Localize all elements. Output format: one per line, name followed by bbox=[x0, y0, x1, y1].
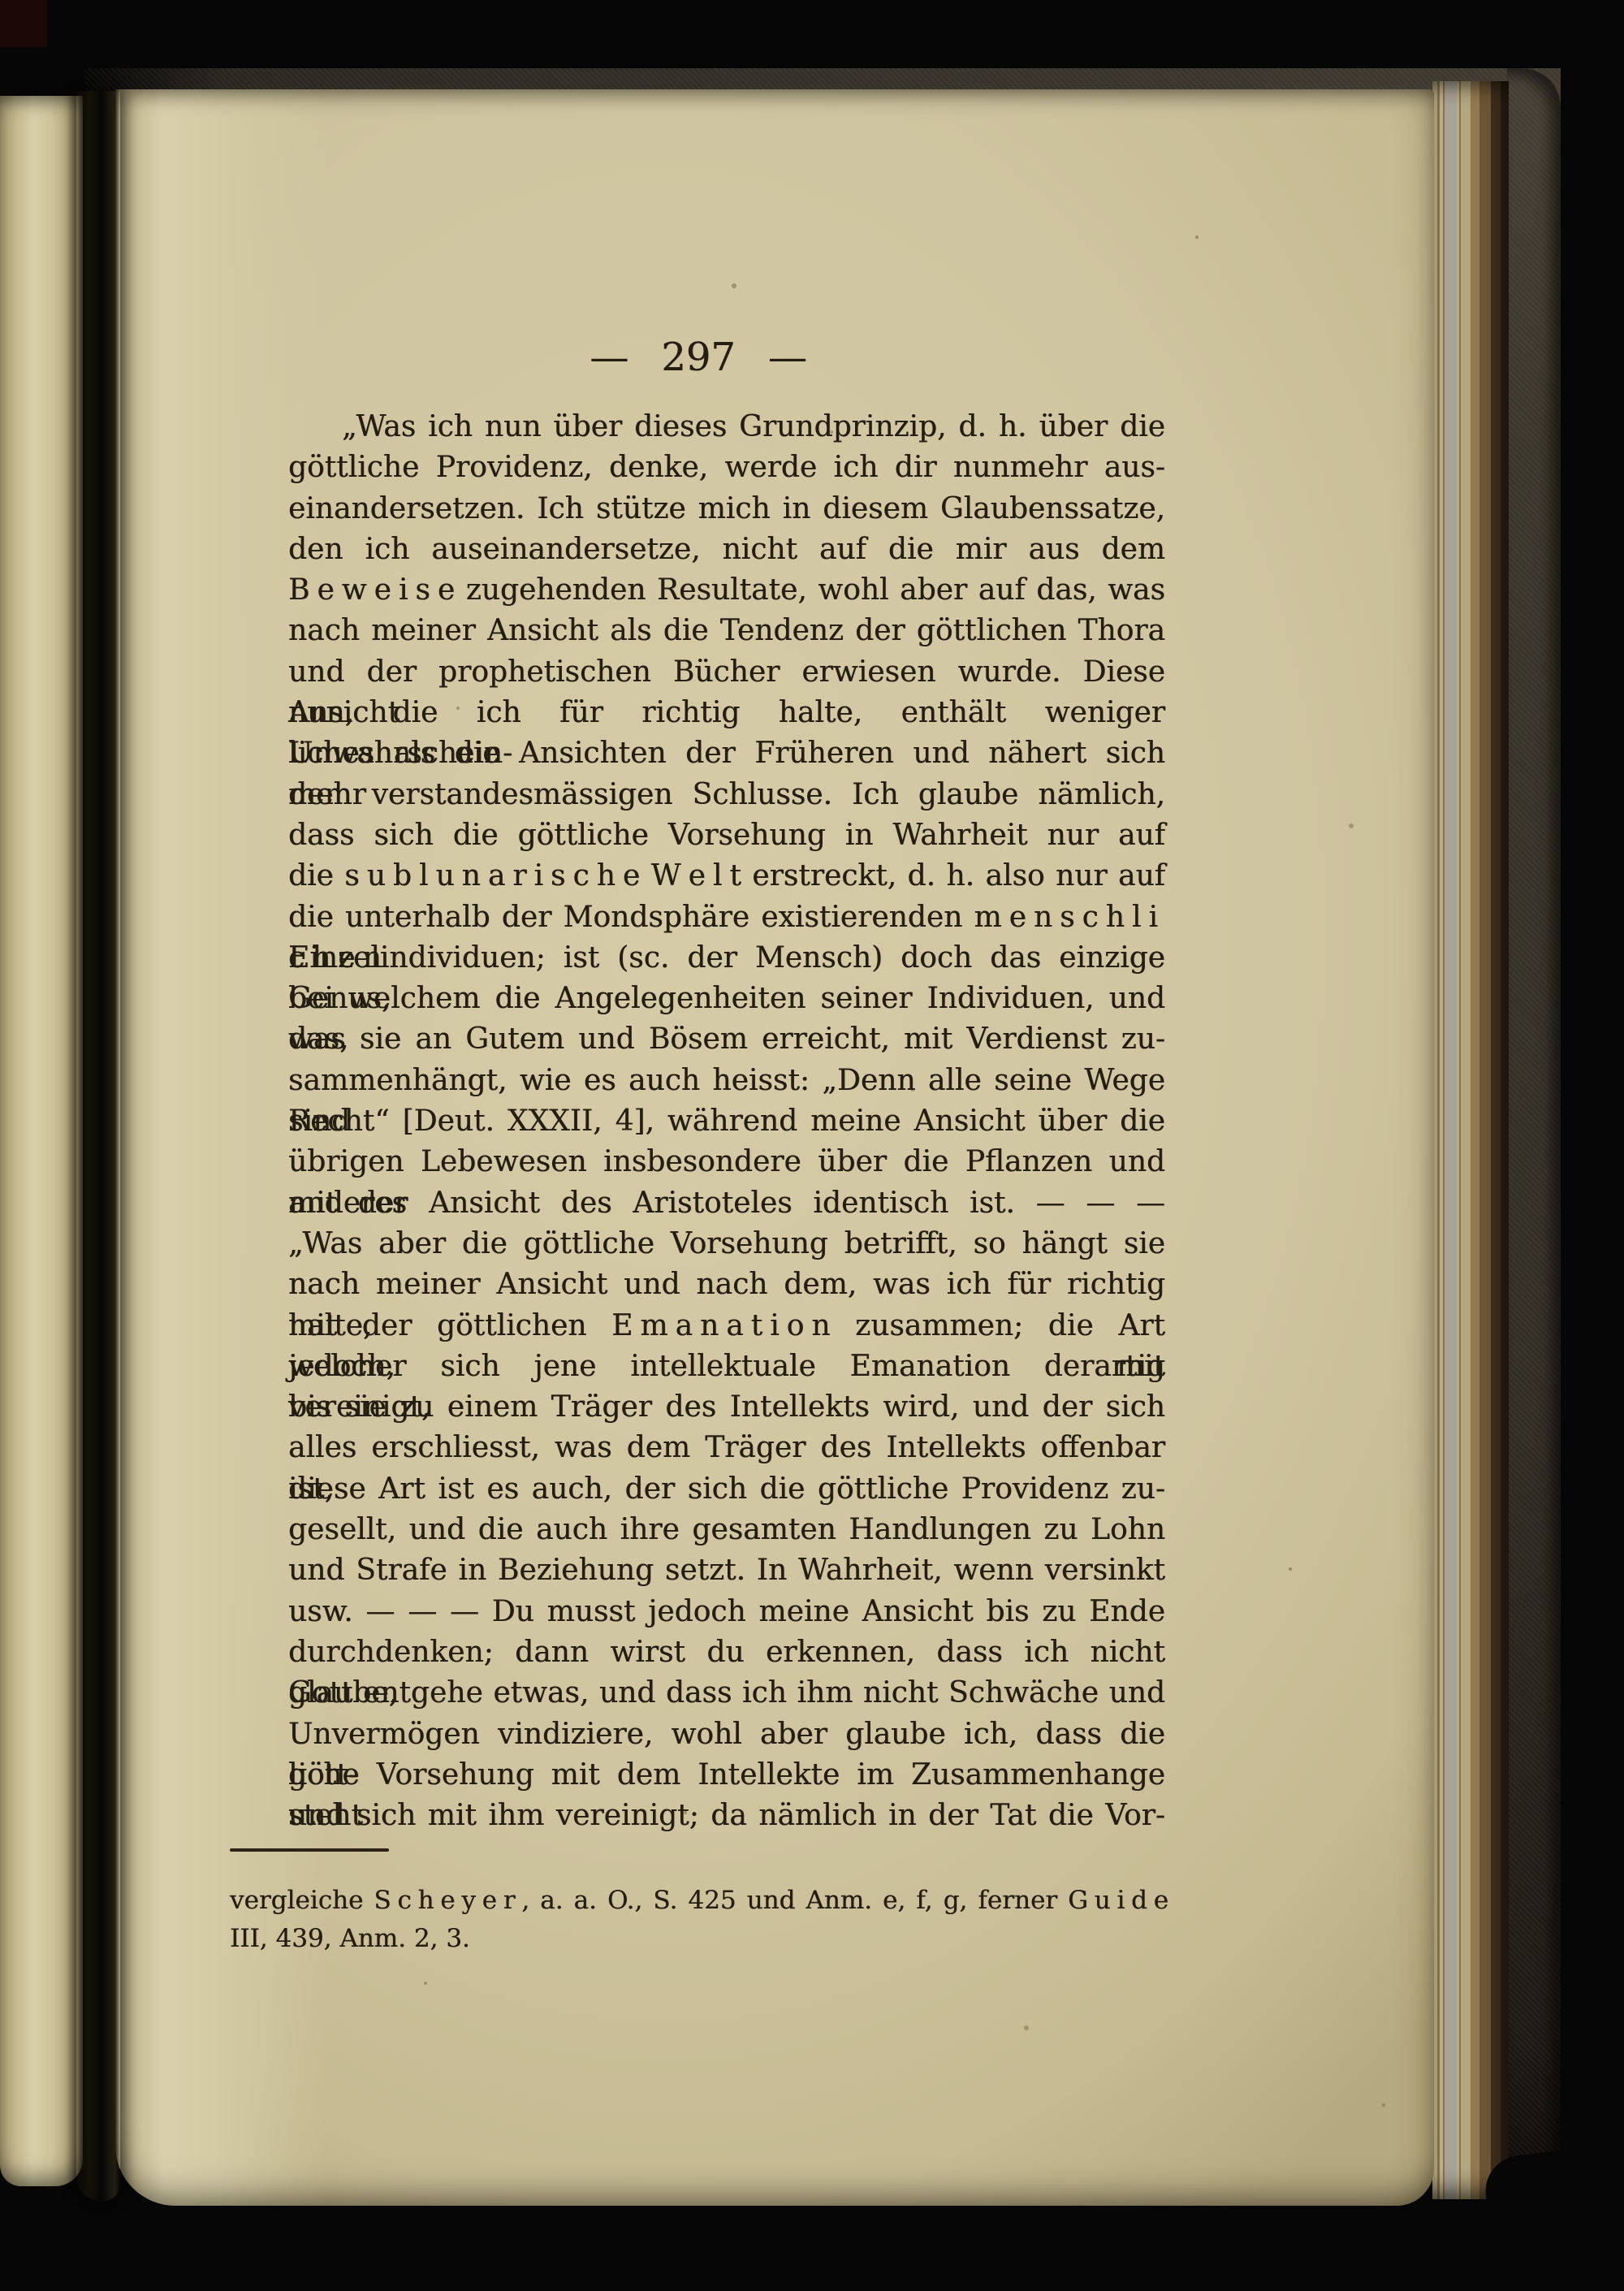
footnote-line: III, 439, Anm. 2, 3. bbox=[230, 1920, 1168, 1958]
body-text-line: B e w e i s e zugehenden Resultate, wohl… bbox=[288, 570, 1165, 611]
page-number-dash-right: — bbox=[768, 335, 807, 380]
body-text-line: usw. — — — Du musst jedoch meine Ansicht… bbox=[288, 1592, 1165, 1632]
body-text-line: welcher sich jene intellektuale Emanatio… bbox=[288, 1347, 1165, 1387]
scanned-book-photo: { "document": { "type_label": "scanned-b… bbox=[0, 0, 1624, 2291]
body-text-line: Gott entgehe etwas, und dass ich ihm nic… bbox=[288, 1673, 1165, 1714]
body-text-line: und Strafe in Beziehung setzt. In Wahrhe… bbox=[288, 1550, 1165, 1591]
body-text-line: Einzelindividuen; ist (sc. der Mensch) d… bbox=[288, 938, 1165, 979]
body-text-line: göttliche Providenz, denke, werde ich di… bbox=[288, 447, 1165, 488]
body-text-line: übrigen Lebewesen insbesondere über die … bbox=[288, 1142, 1165, 1182]
body-text-line: bei welchem die Angelegenheiten seiner I… bbox=[288, 979, 1165, 1019]
body-text-line: und sich mit ihm vereinigt; da nämlich i… bbox=[288, 1796, 1165, 1836]
body-text-line: die unterhalb der Mondsphäre existierend… bbox=[288, 897, 1165, 938]
footnote-line: vergleiche S c h e y e r , a. a. O., S. … bbox=[230, 1882, 1168, 1920]
body-text-line: „Was aber die göttliche Vorsehung betrif… bbox=[288, 1224, 1165, 1264]
footnote-separator bbox=[230, 1848, 389, 1852]
photo-corner-tint bbox=[0, 0, 47, 47]
body-text-line: einandersetzen. Ich stütze mich in diese… bbox=[288, 489, 1165, 530]
body-text-line: mit der Ansicht des Aristoteles identisc… bbox=[288, 1183, 1165, 1224]
body-text-line: alles erschliesst, was dem Träger des In… bbox=[288, 1428, 1165, 1468]
body-text-line: durchdenken; dann wirst du erkennen, das… bbox=[288, 1632, 1165, 1673]
body-text-line: liche Vorsehung mit dem Intellekte im Zu… bbox=[288, 1755, 1165, 1796]
body-text-line: und der prophetischen Bücher erwiesen wu… bbox=[288, 652, 1165, 693]
gutter-shadow bbox=[76, 91, 120, 2201]
body-text-line: liches als die Ansichten der Früheren un… bbox=[288, 733, 1165, 774]
body-text-line: dass sich die göttliche Vorsehung in Wah… bbox=[288, 815, 1165, 856]
page-number-dash-left: — bbox=[590, 335, 628, 380]
body-text-line: nun, die ich für richtig halte, enthält … bbox=[288, 693, 1165, 733]
body-text-line: bis sie zu einem Träger des Intellekts w… bbox=[288, 1387, 1165, 1428]
body-text-line: nach meiner Ansicht als die Tendenz der … bbox=[288, 611, 1165, 651]
page-number-value: 297 bbox=[661, 335, 736, 380]
body-text-line: die s u b l u n a r i s c h e W e l t er… bbox=[288, 856, 1165, 897]
facing-page-edge bbox=[0, 96, 83, 2186]
body-text-line: Unvermögen vindiziere, wohl aber glaube … bbox=[288, 1714, 1165, 1755]
body-text-line: mit der göttlichen E m a n a t i o n zus… bbox=[288, 1306, 1165, 1347]
body-text-line: sammenhängt, wie es auch heisst: „Denn a… bbox=[288, 1061, 1165, 1101]
page-number: —297— bbox=[260, 335, 1137, 379]
cover-bottom-corner-shadow bbox=[1482, 2148, 1592, 2265]
body-text-line: „Was ich nun über dieses Grundprinzip, d… bbox=[288, 407, 1165, 447]
page-edge-stack bbox=[1432, 81, 1509, 2199]
book-cover-fore-edge bbox=[1507, 68, 1561, 2214]
body-text-line: was sie an Gutem und Bösem erreicht, mit… bbox=[288, 1019, 1165, 1060]
body-text-line: dem verstandesmässigen Schlusse. Ich gla… bbox=[288, 775, 1165, 815]
book-page: —297— „Was ich nun über dieses Grundprin… bbox=[115, 89, 1434, 2206]
body-text-line: diese Art ist es auch, der sich die gött… bbox=[288, 1469, 1165, 1510]
body-text-line: den ich auseinandersetze, nicht auf die … bbox=[288, 530, 1165, 570]
body-text-line: nach meiner Ansicht und nach dem, was ic… bbox=[288, 1264, 1165, 1305]
body-text-line: Recht“ [Deut. XXXII, 4], während meine A… bbox=[288, 1101, 1165, 1142]
body-text: „Was ich nun über dieses Grundprinzip, d… bbox=[288, 407, 1165, 1836]
body-text-line: gesellt, und die auch ihre gesamten Hand… bbox=[288, 1510, 1165, 1550]
footnote: vergleiche S c h e y e r , a. a. O., S. … bbox=[230, 1882, 1168, 1958]
